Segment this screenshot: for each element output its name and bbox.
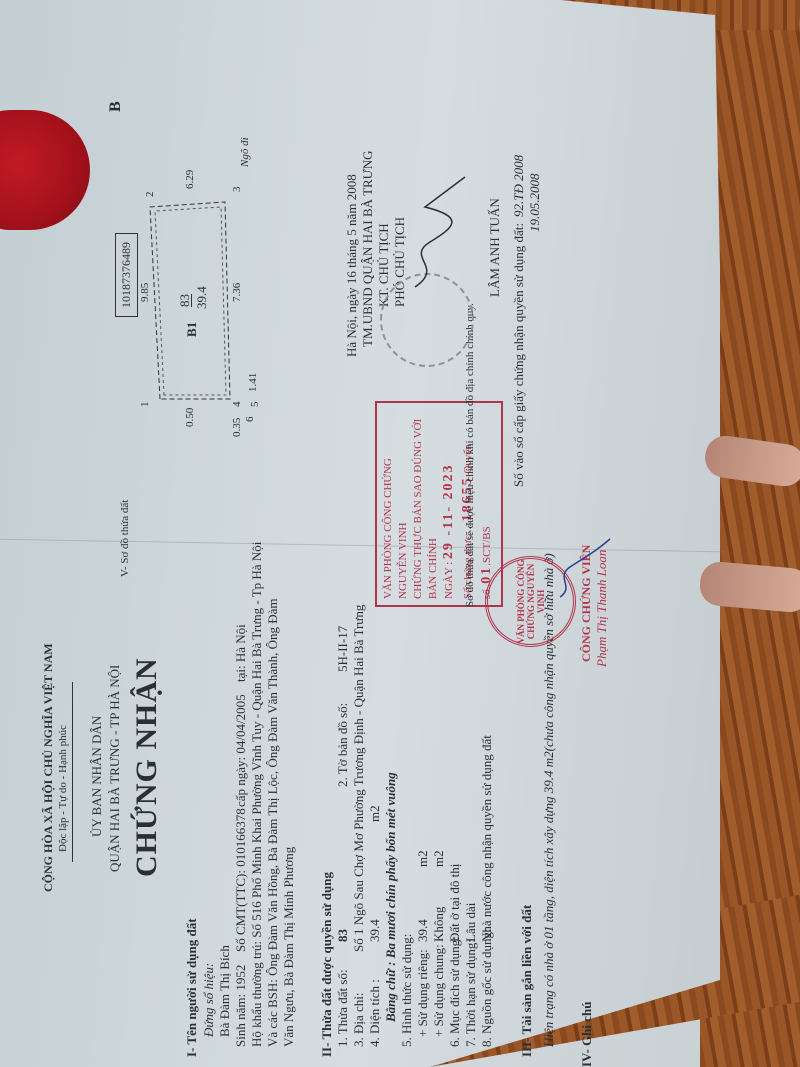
owner-birth: Sinh năm: 1952 — [234, 965, 247, 1047]
plot-point: 1 — [140, 402, 151, 408]
address-label: 3. Địa chỉ: — [352, 992, 365, 1047]
registry-number: 92.TĐ 2008 — [512, 155, 525, 217]
area-label: 4. Diện tích : — [368, 979, 381, 1047]
country-name: CỘNG HÒA XÃ HỘI CHỦ NGHĨA VIỆT NAM — [42, 643, 54, 892]
private-use-label: + Sử dụng riêng: — [416, 949, 429, 1037]
notary-signature — [555, 537, 615, 597]
origin-label: 8. Nguồn gốc sử dụng: — [480, 928, 493, 1047]
plot-edge: 9.85 — [140, 283, 151, 302]
address-value: Số 1 Ngõ Sau Chợ Mơ Phường Trương Định -… — [352, 605, 365, 952]
origin-value: Nhà nước công nhận quyền sử dụng đất — [480, 735, 493, 942]
map-sheet-label: 2. Tờ bản đồ số: — [336, 703, 349, 787]
shared-use-label: + Sử dụng chung: — [432, 944, 445, 1037]
plot-point: 4 — [232, 402, 243, 408]
committee: ỦY BAN NHÂN DÂN — [90, 716, 103, 837]
id-issued-date: cấp ngày: 04/04/2005 — [234, 694, 247, 807]
purpose-value: Đất ở tại đô thị — [448, 864, 461, 942]
id-issued-at: tại: Hà Nội — [234, 624, 247, 682]
divider — [72, 682, 73, 862]
parcel-label: 1. Thửa đất số: — [336, 969, 349, 1047]
document-title: CHỨNG NHẬN — [132, 657, 162, 877]
usage-form-label: 5. Hình thức sử dụng: — [400, 934, 413, 1047]
purpose-label: 6. Mục đích sử dụng: — [448, 936, 461, 1047]
co-owners-line1: Và các BSH: Ông Đàm Văn Hồng, Bà Đàm Thị… — [266, 598, 279, 1047]
shared-use-value: Không — [432, 907, 445, 942]
plot-edge: 1.41 — [248, 373, 259, 392]
owner-name: Bà Đàm Thị Bích — [218, 945, 231, 1037]
motto: Độc lập - Tự do - Hạnh phúc — [58, 725, 69, 852]
page-marker: B — [108, 101, 124, 112]
plot-area: 39.4 — [195, 286, 208, 309]
section5-heading: V- Sơ đồ thửa đất — [120, 500, 131, 577]
section1-sub: Đứng sổ hiệu: — [202, 963, 215, 1037]
plot-edge: 0.50 — [185, 408, 196, 427]
official-seal — [380, 273, 474, 367]
co-owners-line2: Văn Ngưu, Bà Đàm Thị Minh Phương — [282, 847, 295, 1047]
seal-text: VĂN PHÒNG CÔNG CHỨNG NGUYỄN VINH — [516, 559, 546, 644]
issue-date-line: Hà Nội, ngày 16 tháng 5 năm 2008 — [345, 174, 358, 357]
plot-point: 6 — [245, 417, 256, 423]
map-note: Sơ đồ thửa đất sẽ được hiệu chỉnh khi có… — [465, 303, 476, 607]
notary-copy-stamp: VĂN PHÒNG CÔNG CHỨNG NGUYỄN VINH CHỨNG T… — [375, 401, 503, 607]
area-value: 39.4 — [368, 919, 381, 942]
private-use-unit: m2 — [416, 850, 429, 867]
signing-org: TM.UBND QUẬN HAI BÀ TRƯNG — [361, 150, 374, 347]
stamp-line1: VĂN PHÒNG CÔNG CHỨNG NGUYỄN VINH — [381, 409, 411, 599]
registry-text: Số vào sổ cấp giấy chứng nhận quyền sử d… — [512, 223, 525, 487]
plot-point: 3 — [232, 187, 243, 193]
private-use-value: 39.4 — [416, 919, 429, 942]
term-value: Lâu dài — [464, 903, 477, 942]
signer-name: LÂM ANH TUẤN — [488, 198, 501, 297]
stamp-date: 29 -11- 2023 — [441, 464, 456, 560]
section2-heading: II- Thửa đất được quyền sử dụng — [320, 872, 333, 1057]
alley-label: Ngõ đi — [240, 137, 251, 167]
owner-id: Số CMT(TTC): 010166378 — [234, 808, 247, 952]
plot-edge: 6.29 — [185, 170, 196, 189]
plot-edge: 0.35 — [232, 418, 243, 437]
parcel-value: 83 — [336, 929, 349, 942]
official-signature — [405, 167, 475, 287]
registry-date: 19.05.2008 — [528, 174, 541, 233]
area-unit: m2 — [368, 805, 381, 822]
map-sheet-value: 5H-II-17 — [336, 626, 349, 672]
plot-point: 2 — [145, 192, 156, 198]
area-in-words: Bằng chữ : Ba mươi chín phẩy bốn mét vuô… — [384, 772, 397, 1022]
serial-number: 10187376489 — [115, 233, 138, 317]
section1-heading: I- Tên người sử dụng đất — [185, 918, 198, 1057]
certificate-document: CỘNG HÒA XÃ HỘI CHỦ NGHĨA VIỆT NAM Độc l… — [20, 0, 720, 1047]
plot-edge: 7.36 — [232, 283, 243, 302]
section4-heading: IV- Ghi chú — [580, 1002, 593, 1067]
stamp-date-label: NGÀY : — [443, 562, 455, 599]
section3-heading: III- Tài sản gắn liền với đất — [520, 905, 533, 1057]
plot-parcel: 83 — [178, 294, 192, 307]
district: QUẬN HAI BÀ TRƯNG - TP HÀ NỘI — [108, 665, 121, 872]
owner-residence: Hộ khẩu thường trú: Số 516 Phố Minh Khai… — [250, 542, 263, 1047]
shared-use-unit: m2 — [432, 850, 445, 867]
plot-label: B1 — [185, 322, 198, 337]
stamp-line2: CHỨNG THỰC BẢN SAO ĐÚNG VỚI BẢN CHÍNH — [411, 409, 441, 599]
plot-point: 5 — [250, 402, 261, 408]
term-label: 7. Thời hạn sử dụng: — [464, 939, 477, 1047]
stamp-book-suffix: SCT/BS — [481, 526, 493, 563]
